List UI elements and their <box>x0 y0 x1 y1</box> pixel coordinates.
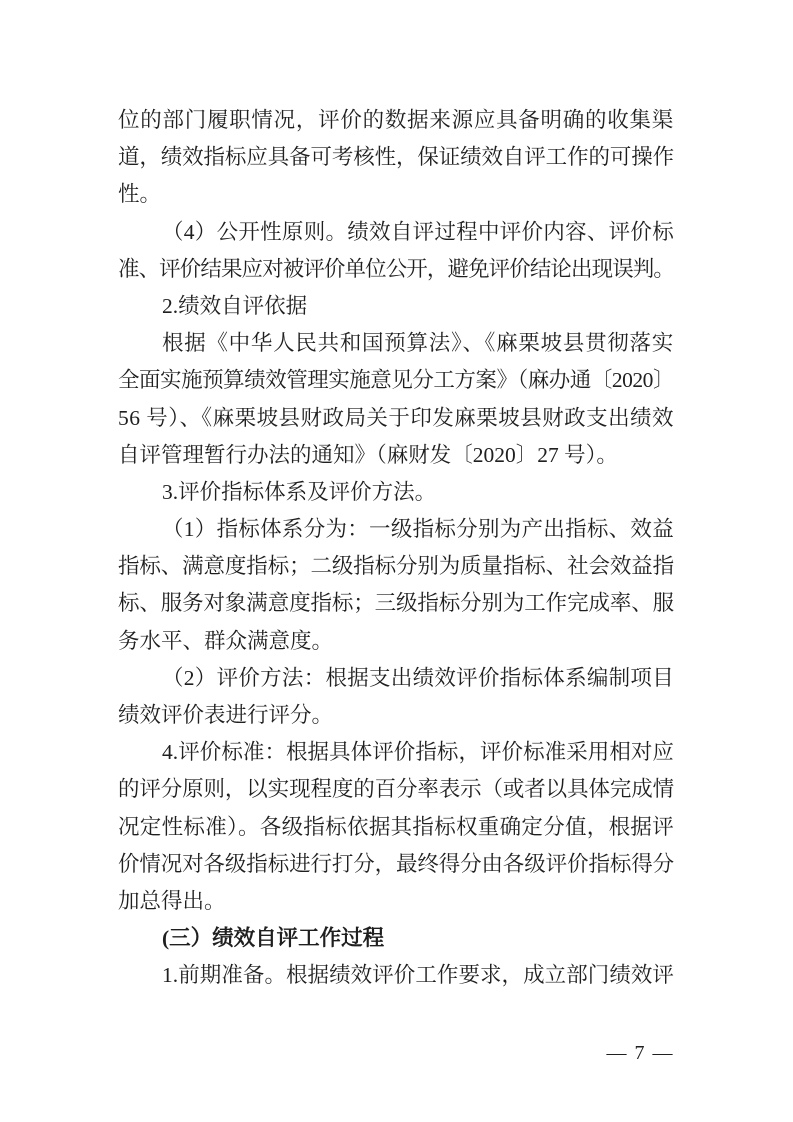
text-line: 况定性标准）。各级指标依据其指标权重确定分值，根据评 <box>118 809 674 846</box>
text-line: 加总得出。 <box>118 883 674 920</box>
text-line: （1）指标体系分为：一级指标分别为产出指标、效益 <box>118 511 674 548</box>
text-line: 绩效评价表进行评分。 <box>118 697 674 734</box>
paragraph: 根据《中华人民共和国预算法》、《麻栗坡县贯彻落实全面实施预算绩效管理实施意见分工… <box>118 325 674 474</box>
text-line: 2.绩效自评依据 <box>118 288 674 325</box>
page-number: — 7 — <box>118 1042 674 1065</box>
text-line: 准、评价结果应对被评价单位公开，避免评价结论出现误判。 <box>118 251 674 288</box>
text-line: 标、服务对象满意度指标；三级指标分别为工作完成率、服 <box>118 585 674 622</box>
paragraph: （4）公开性原则。绩效自评过程中评价内容、评价标准、评价结果应对被评价单位公开，… <box>118 214 674 288</box>
numbered-item-3: 3.评价指标体系及评价方法。 <box>118 474 674 511</box>
numbered-item-4: 4.评价标准：根据具体评价指标，评价标准采用相对应的评分原则，以实现程度的百分率… <box>118 734 674 920</box>
text-line: （4）公开性原则。绩效自评过程中评价内容、评价标 <box>118 214 674 251</box>
numbered-item-1: 1.前期准备。根据绩效评价工作要求，成立部门绩效评 <box>118 957 674 994</box>
text-line: 道，绩效指标应具备可考核性，保证绩效自评工作的可操作 <box>118 139 674 176</box>
text-line: 的评分原则，以实现程度的百分率表示（或者以具体完成情 <box>118 771 674 808</box>
document-page: 位的部门履职情况，评价的数据来源应具备明确的收集渠道，绩效指标应具备可考核性，保… <box>0 0 793 1122</box>
text-line: 价情况对各级指标进行打分，最终得分由各级评价指标得分 <box>118 846 674 883</box>
paragraph: 位的部门履职情况，评价的数据来源应具备明确的收集渠道，绩效指标应具备可考核性，保… <box>118 102 674 214</box>
text-line: 56 号）、《麻栗坡县财政局关于印发麻栗坡县财政支出绩效 <box>118 400 674 437</box>
text-line: 全面实施预算绩效管理实施意见分工方案》（麻办通〔2020〕 <box>118 362 674 399</box>
paragraph: （1）指标体系分为：一级指标分别为产出指标、效益指标、满意度指标；二级指标分别为… <box>118 511 674 660</box>
text-line: 4.评价标准：根据具体评价指标，评价标准采用相对应 <box>118 734 674 771</box>
numbered-item-2: 2.绩效自评依据 <box>118 288 674 325</box>
text-line: 根据《中华人民共和国预算法》、《麻栗坡县贯彻落实 <box>118 325 674 362</box>
text-line: 3.评价指标体系及评价方法。 <box>118 474 674 511</box>
text-line: 1.前期准备。根据绩效评价工作要求，成立部门绩效评 <box>118 957 674 994</box>
document-body: 位的部门履职情况，评价的数据来源应具备明确的收集渠道，绩效指标应具备可考核性，保… <box>118 102 674 995</box>
text-line: (三）绩效自评工作过程 <box>118 920 674 957</box>
text-line: 位的部门履职情况，评价的数据来源应具备明确的收集渠 <box>118 102 674 139</box>
text-line: 性。 <box>118 176 674 213</box>
paragraph: （2）评价方法：根据支出绩效评价指标体系编制项目绩效评价表进行评分。 <box>118 660 674 734</box>
text-line: 自评管理暂行办法的通知》（麻财发〔2020〕27 号）。 <box>118 437 674 474</box>
text-line: 务水平、群众满意度。 <box>118 623 674 660</box>
text-line: （2）评价方法：根据支出绩效评价指标体系编制项目 <box>118 660 674 697</box>
section-heading: (三）绩效自评工作过程 <box>118 920 674 957</box>
text-line: 指标、满意度指标；二级指标分别为质量指标、社会效益指 <box>118 548 674 585</box>
